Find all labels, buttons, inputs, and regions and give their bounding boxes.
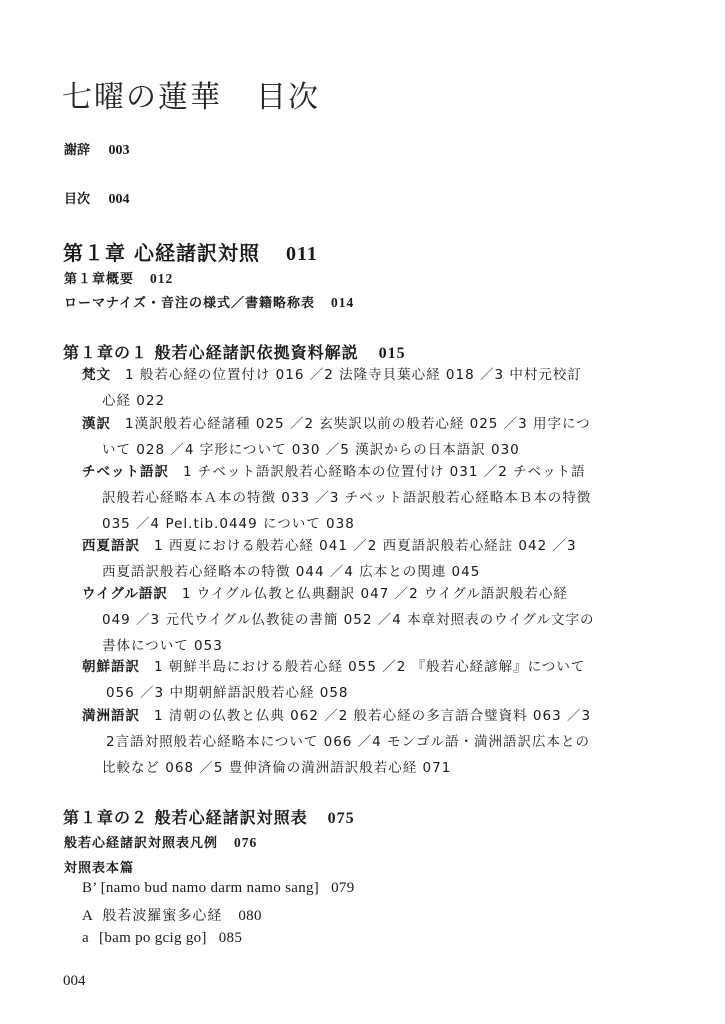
toc-item-b-prime[interactable]: B’ [namo bud namo darm namo sang]079: [82, 880, 355, 897]
toc-page-number: 080: [238, 908, 261, 924]
language-label: 梵文: [82, 367, 111, 383]
chapter-title: 第１章 心経諸訳対照: [63, 241, 260, 265]
entry-text: 1 般若心経の位置付け 016 ／2 法隆寺貝葉心経 018 ／3 中村元校訂: [125, 367, 582, 383]
toc-page-number: 014: [331, 295, 354, 310]
toc-entry-label: 対照表本篇: [64, 861, 134, 876]
toc-entry-korean[interactable]: 朝鮮語訳1 朝鮮半島における般若心経 055 ／2 『般若心経諺解』について 0…: [82, 654, 672, 706]
entry-text: 1 朝鮮半島における般若心経 055 ／2 『般若心経諺解』について: [154, 659, 585, 675]
toc-entry-label: ローマナイズ・音注の様式／書籍略称表: [64, 296, 315, 311]
entry-text: 訳般若心経略本Ａ本の特徴 033 ／3 チベット語訳般若心経略本Ｂ本の特徴: [82, 485, 672, 511]
toc-page-number: 015: [379, 345, 406, 362]
section-title: 第１章の２ 般若心経諸訳対照表: [63, 808, 308, 827]
item-marker: a: [82, 930, 89, 946]
item-label: [bam po gcig go]: [99, 930, 207, 946]
toc-entry-label: 謝辞: [64, 143, 90, 158]
entry-text: 2言語対照般若心経略本について 066 ／4 モンゴル語・満洲語訳広本との: [82, 729, 672, 755]
language-label: 朝鮮語訳: [82, 659, 140, 675]
section-1-2-heading[interactable]: 第１章の２ 般若心経諸訳対照表075: [63, 805, 355, 828]
page-title: 七曜の蓮華目次: [62, 72, 320, 116]
entry-text: 1 チベット語訳般若心経略本の位置付け 031 ／2 チベット語: [183, 464, 586, 480]
book-title: 七曜の蓮華: [62, 80, 222, 115]
toc-entry-chapter-overview[interactable]: 第１章概要012: [64, 268, 173, 287]
page-number-footer: 004: [63, 973, 86, 990]
toc-item-a-upper[interactable]: A 般若波羅蜜多心経080: [82, 905, 262, 925]
item-marker: B’: [82, 880, 97, 896]
toc-entry-manchu[interactable]: 満洲語訳1 清朝の仏教と仏典 062 ／2 般若心経の多言語合璧資料 063 ／…: [82, 703, 672, 781]
section-1-1-heading[interactable]: 第１章の１ 般若心経諸訳依拠資料解説015: [63, 340, 406, 363]
language-label: 漢訳: [82, 416, 111, 432]
section-title: 第１章の１ 般若心経諸訳依拠資料解説: [63, 343, 359, 362]
toc-page-number: 085: [219, 930, 242, 946]
toc-page-number: 075: [328, 810, 355, 827]
entry-text: 1 西夏における般若心経 041 ／2 西夏語訳般若心経註 042 ／3: [154, 538, 577, 554]
toc-item-a-lower[interactable]: a [bam po gcig go]085: [82, 930, 242, 947]
item-label: 般若波羅蜜多心経: [102, 908, 222, 924]
toc-entry-acknowledgements[interactable]: 謝辞 003: [64, 139, 130, 159]
entry-text: 1 清朝の仏教と仏典 062 ／2 般若心経の多言語合璧資料 063 ／3: [154, 708, 591, 724]
item-label: [namo bud namo darm namo sang]: [101, 880, 320, 896]
language-label: チベット語訳: [82, 464, 169, 480]
chapter-1-heading[interactable]: 第１章 心経諸訳対照011: [63, 237, 318, 266]
toc-page-number: 004: [109, 192, 130, 207]
toc-page-number: 012: [150, 271, 173, 286]
toc-entry-chinese[interactable]: 漢訳1漢訳般若心経諸種 025 ／2 玄奘訳以前の般若心経 025 ／3 用字に…: [82, 411, 672, 463]
toc-entry-table-main[interactable]: 対照表本篇: [64, 857, 134, 876]
document-page: 七曜の蓮華目次 謝辞 003 目次 004 第１章 心経諸訳対照011 第１章概…: [0, 0, 725, 1024]
toc-entry-tibetan[interactable]: チベット語訳1 チベット語訳般若心経略本の位置付け 031 ／2 チベット語 訳…: [82, 459, 672, 537]
toc-entry-tangut[interactable]: 西夏語訳1 西夏における般若心経 041 ／2 西夏語訳般若心経註 042 ／3…: [82, 533, 672, 585]
language-label: 満洲語訳: [82, 708, 140, 724]
toc-entry-uyghur[interactable]: ウイグル語訳1 ウイグル仏教と仏典翻訳 047 ／2 ウイグル語訳般若心経 04…: [82, 581, 672, 659]
toc-entry-label: 目次: [64, 192, 90, 207]
toc-page-number: 079: [331, 880, 354, 896]
toc-entry-table-legend[interactable]: 般若心経諸訳対照表凡例076: [64, 832, 257, 851]
toc-entry-romanization[interactable]: ローマナイズ・音注の様式／書籍略称表014: [64, 292, 354, 311]
toc-heading: 目次: [256, 80, 320, 115]
entry-text: 049 ／3 元代ウイグル仏教徒の書簡 052 ／4 本章対照表のウイグル文字の: [82, 607, 672, 633]
entry-text: 比較など 068 ／5 豊伸済倫の満洲語訳般若心経 071: [82, 755, 672, 781]
toc-entry-label: 般若心経諸訳対照表凡例: [64, 836, 218, 851]
toc-page-number: 003: [109, 143, 130, 158]
toc-page-number: 076: [234, 835, 257, 850]
language-label: 西夏語訳: [82, 538, 140, 554]
toc-entry-sanskrit[interactable]: 梵文1 般若心経の位置付け 016 ／2 法隆寺貝葉心経 018 ／3 中村元校…: [82, 362, 672, 414]
entry-text: 1漢訳般若心経諸種 025 ／2 玄奘訳以前の般若心経 025 ／3 用字につ: [125, 416, 591, 432]
entry-text: 1 ウイグル仏教と仏典翻訳 047 ／2 ウイグル語訳般若心経: [182, 586, 568, 602]
toc-page-number: 011: [286, 243, 318, 265]
toc-entry-label: 第１章概要: [64, 272, 134, 287]
language-label: ウイグル語訳: [82, 586, 168, 602]
toc-entry-contents[interactable]: 目次 004: [64, 188, 130, 208]
item-marker: A: [82, 908, 92, 924]
